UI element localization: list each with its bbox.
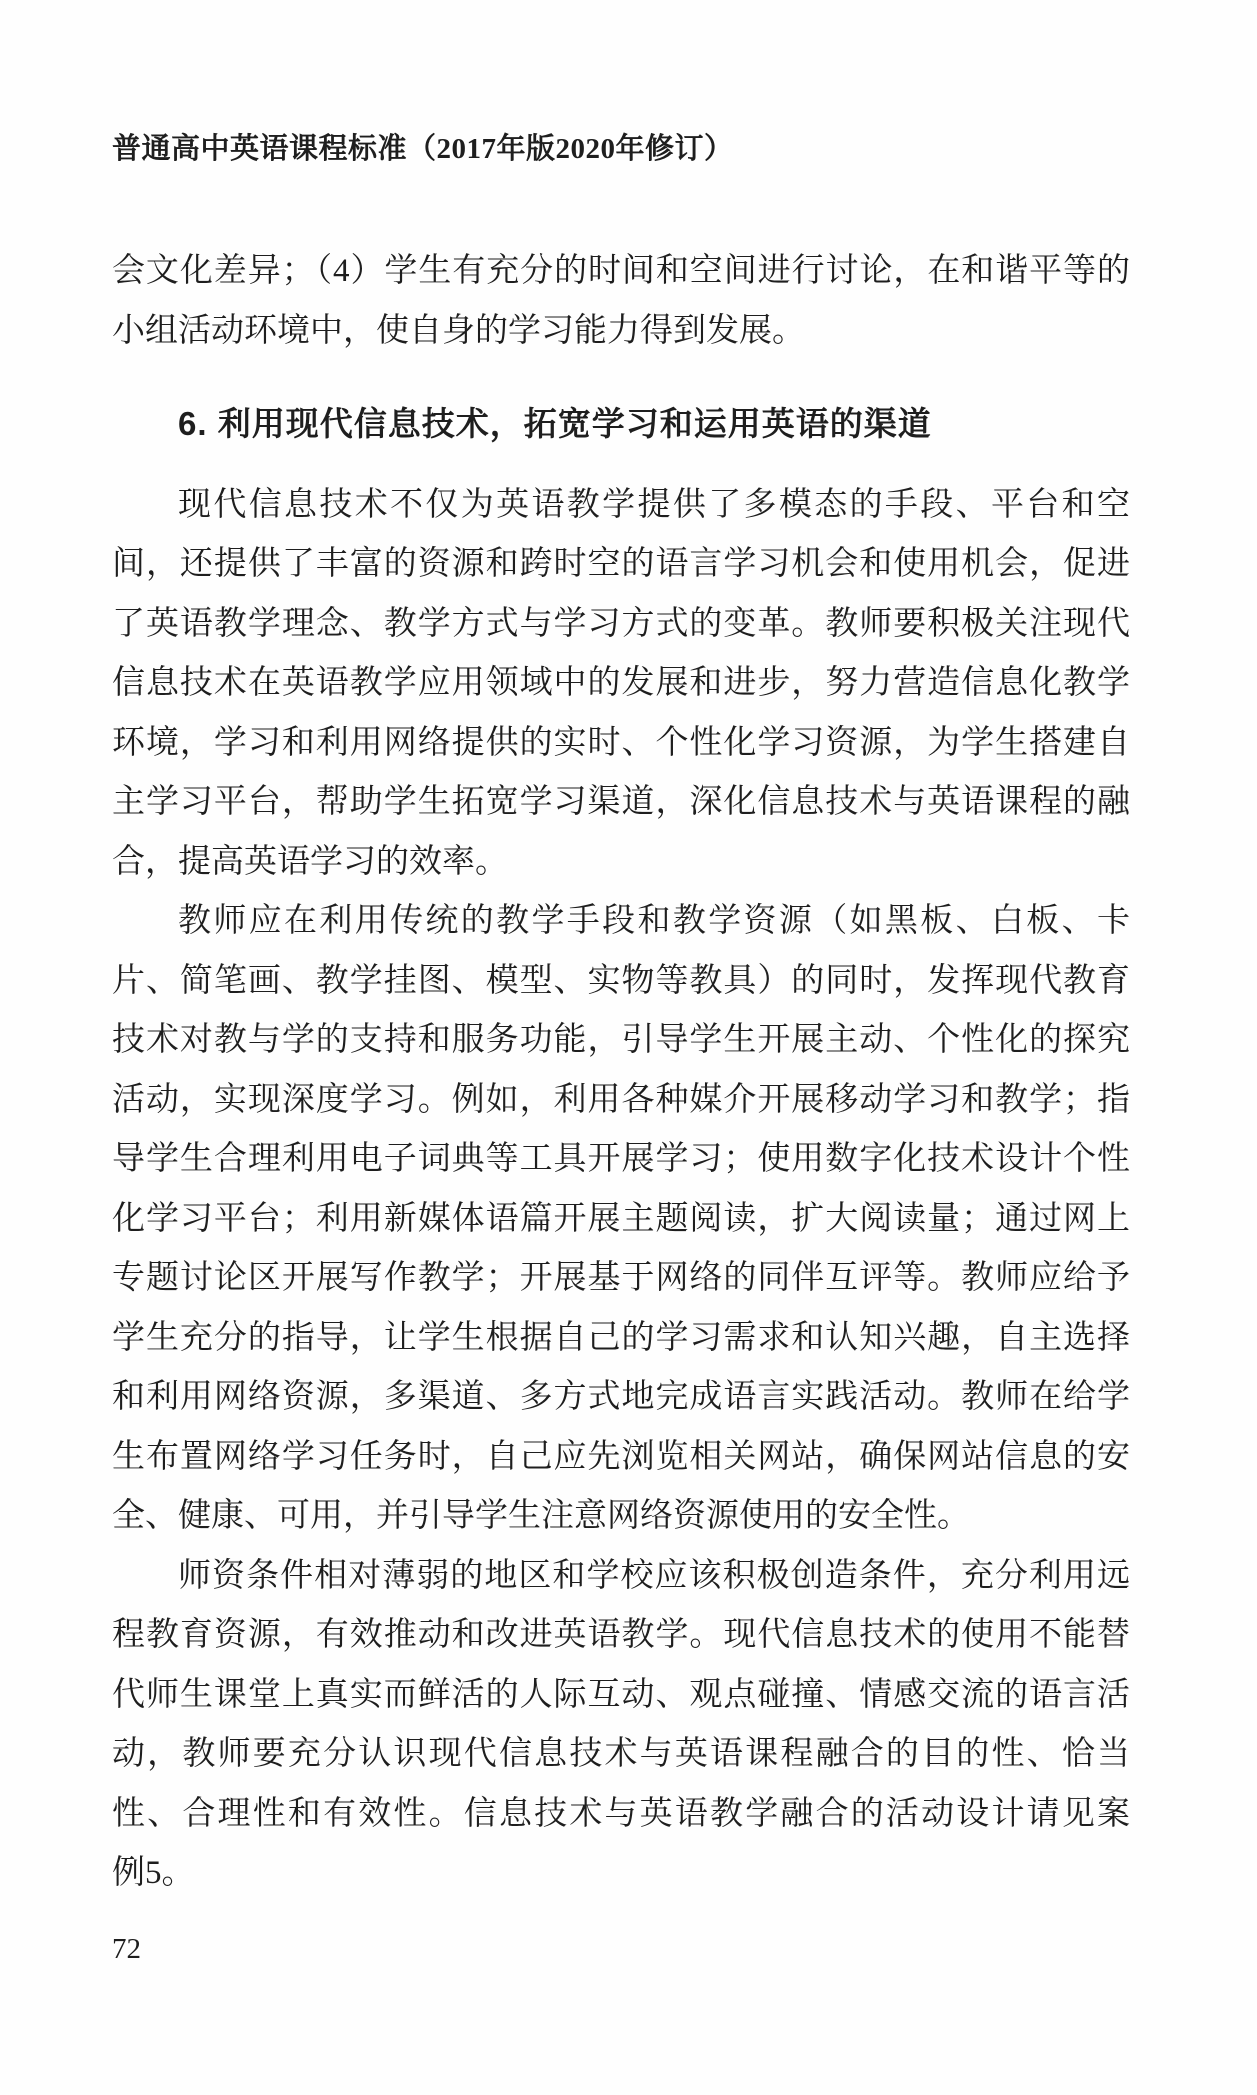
body-line: 了英语教学理念、教学方式与学习方式的变革。教师要积极关注现代 bbox=[112, 595, 1130, 655]
body-line: 环境，学习和利用网络提供的实时、个性化学习资源，为学生搭建自 bbox=[112, 714, 1130, 774]
running-header: 普通高中英语课程标准（2017年版2020年修订） bbox=[112, 0, 1130, 168]
body-line: 性、合理性和有效性。信息技术与英语教学融合的活动设计请见案 bbox=[112, 1785, 1130, 1845]
body-line: 现代信息技术不仅为英语教学提供了多模态的手段、平台和空 bbox=[112, 476, 1130, 536]
body-line: 化学习平台；利用新媒体语篇开展主题阅读，扩大阅读量；通过网上 bbox=[112, 1190, 1130, 1250]
body-line: 例5。 bbox=[112, 1844, 1130, 1904]
body-line: 代师生课堂上真实而鲜活的人际互动、观点碰撞、情感交流的语言活 bbox=[112, 1666, 1130, 1726]
body-line: 技术对教与学的支持和服务功能，引导学生开展主动、个性化的探究 bbox=[112, 1011, 1130, 1071]
body-line: 导学生合理利用电子词典等工具开展学习；使用数字化技术设计个性 bbox=[112, 1130, 1130, 1190]
body-line: 和利用网络资源，多渠道、多方式地完成语言实践活动。教师在给学 bbox=[112, 1368, 1130, 1428]
body-text: 会文化差异；（4）学生有充分的时间和空间进行讨论，在和谐平等的 小组活动环境中，… bbox=[112, 242, 1130, 1904]
document-page: 普通高中英语课程标准（2017年版2020年修订） 会文化差异；（4）学生有充分… bbox=[0, 0, 1257, 2095]
body-line: 全、健康、可用，并引导学生注意网络资源使用的安全性。 bbox=[112, 1487, 1130, 1547]
body-line: 活动，实现深度学习。例如，利用各种媒介开展移动学习和教学；指 bbox=[112, 1071, 1130, 1131]
body-line: 学生充分的指导，让学生根据自己的学习需求和认知兴趣，自主选择 bbox=[112, 1309, 1130, 1369]
body-line: 信息技术在英语教学应用领域中的发展和进步，努力营造信息化教学 bbox=[112, 654, 1130, 714]
body-line: 片、简笔画、教学挂图、模型、实物等教具）的同时，发挥现代教育 bbox=[112, 952, 1130, 1012]
body-line: 教师应在利用传统的教学手段和教学资源（如黑板、白板、卡 bbox=[112, 892, 1130, 952]
body-line: 程教育资源，有效推动和改进英语教学。现代信息技术的使用不能替 bbox=[112, 1606, 1130, 1666]
body-line: 生布置网络学习任务时，自己应先浏览相关网站，确保网站信息的安 bbox=[112, 1428, 1130, 1488]
body-line: 主学习平台，帮助学生拓宽学习渠道，深化信息技术与英语课程的融 bbox=[112, 773, 1130, 833]
page-number: 72 bbox=[112, 1929, 1130, 1969]
body-line: 小组活动环境中，使自身的学习能力得到发展。 bbox=[112, 302, 1130, 362]
body-line: 专题讨论区开展写作教学；开展基于网络的同伴互评等。教师应给予 bbox=[112, 1249, 1130, 1309]
body-line: 间，还提供了丰富的资源和跨时空的语言学习机会和使用机会，促进 bbox=[112, 535, 1130, 595]
body-line: 合，提高英语学习的效率。 bbox=[112, 833, 1130, 893]
section-heading: 6. 利用现代信息技术，拓宽学习和运用英语的渠道 bbox=[112, 394, 1130, 454]
page-content: 普通高中英语课程标准（2017年版2020年修订） 会文化差异；（4）学生有充分… bbox=[0, 0, 1257, 1969]
body-line: 会文化差异；（4）学生有充分的时间和空间进行讨论，在和谐平等的 bbox=[112, 242, 1130, 302]
body-line: 师资条件相对薄弱的地区和学校应该积极创造条件，充分利用远 bbox=[112, 1547, 1130, 1607]
body-line: 动，教师要充分认识现代信息技术与英语课程融合的目的性、恰当 bbox=[112, 1725, 1130, 1785]
